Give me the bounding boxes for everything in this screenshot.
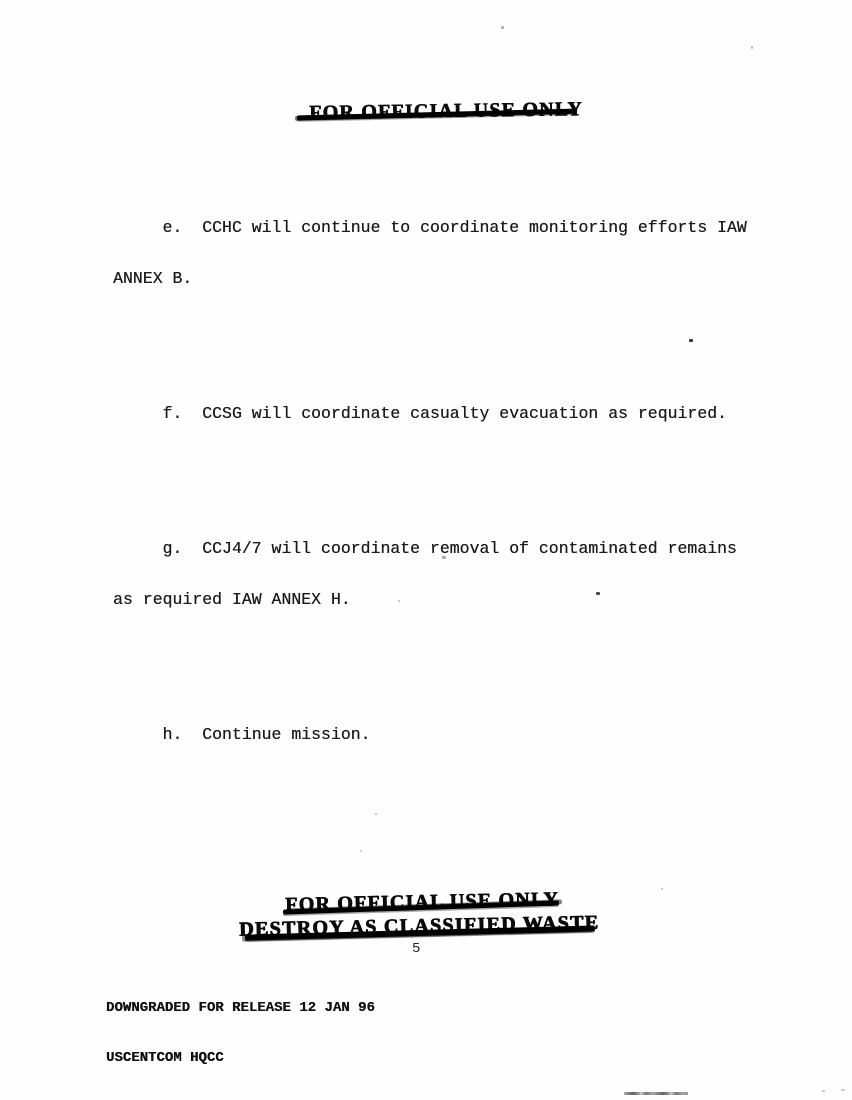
scan-speck <box>841 1089 845 1091</box>
scan-speck <box>375 813 377 815</box>
scan-speck <box>501 26 504 29</box>
release-stamp: DOWNGRADED FOR RELEASE 12 JAN 96 USCENTC… <box>106 967 375 1099</box>
scan-speck <box>822 1090 825 1092</box>
paragraph-g-line-1: g. CCJ4/7 will coordinate removal of con… <box>113 540 747 557</box>
paragraph-g: g. CCJ4/7 will coordinate removal of con… <box>113 506 747 642</box>
release-stamp-line-1: DOWNGRADED FOR RELEASE 12 JAN 96 <box>106 1000 375 1017</box>
release-stamp-line-2: USCENTCOM HQCC <box>106 1050 375 1067</box>
scan-speck <box>689 339 693 342</box>
scan-speck <box>360 850 362 852</box>
paragraph-h-line-1: h. Continue mission. <box>113 726 747 743</box>
paragraph-f: f. CCSG will coordinate casualty evacuat… <box>113 371 747 456</box>
scan-speck <box>596 592 600 595</box>
scan-speck <box>751 46 753 49</box>
page-number: 5 <box>412 941 420 957</box>
scanned-document-page: FOR OFFICIAL USE ONLY e. CCHC will conti… <box>0 0 852 1100</box>
paragraph-e-line-2: ANNEX B. <box>113 270 747 287</box>
scan-dash-artifact <box>624 1092 688 1095</box>
scan-speck <box>398 600 400 602</box>
paragraph-e-line-1: e. CCHC will continue to coordinate moni… <box>113 219 747 236</box>
scan-speck <box>442 556 446 559</box>
paragraph-f-line-1: f. CCSG will coordinate casualty evacuat… <box>113 405 747 422</box>
scan-speck <box>661 888 663 890</box>
paragraph-e: e. CCHC will continue to coordinate moni… <box>113 185 747 321</box>
document-body: e. CCHC will continue to coordinate moni… <box>113 151 747 827</box>
paragraph-h: h. Continue mission. <box>113 692 747 777</box>
paragraph-g-line-2: as required IAW ANNEX H. <box>113 591 747 608</box>
